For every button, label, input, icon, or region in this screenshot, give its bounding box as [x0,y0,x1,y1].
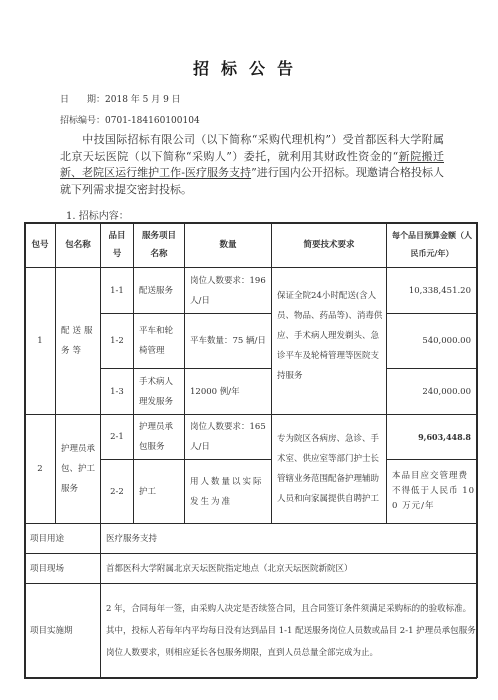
header-item-no: 品目号 [108,223,126,267]
tender-number-value: 0701-184160100104 [105,116,200,126]
page-title: 招标公告 [0,56,498,79]
date-value: 2018 年 5 月 9 日 [105,95,181,105]
quantity: 岗位人数要求：165 人/日 [185,415,271,459]
budget: 240,000.00 [387,369,476,414]
row-label-site: 项目现场 [25,554,100,583]
service-name: 手术病人理发服务 [134,369,180,414]
table-border-bottom [24,677,477,679]
row-value-purpose: 医疗服务支持 [101,524,476,553]
header-quantity: 数量 [185,223,271,267]
section-heading: 1. 招标内容： [66,207,129,222]
service-name: 配送服务 [134,268,184,313]
row-label-purpose: 项目用途 [25,524,100,553]
tender-number-label: 招标编号： [60,116,105,126]
date-line: 日 期：2018 年 5 月 9 日 [60,92,181,105]
date-label: 日 期： [60,95,105,105]
budget: 9,603,448.8 [387,415,476,459]
header-service-name: 服务项目名称 [138,223,180,267]
budget: 540,000.00 [387,314,476,368]
tech-req: 专为院区各病房、急诊、手术室、供应室等部门护士长管辖业务范围配备护理辅助人员和向… [272,415,386,523]
item-no: 2-1 [101,415,133,459]
service-name: 护工 [134,460,184,523]
quantity: 用人数量以实际发生为准 [185,460,271,523]
item-no: 1-3 [101,369,133,414]
quantity: 平车数量：75 辆/日 [185,314,269,368]
pkg-name: 护理员承包、护工服务 [56,415,96,523]
pkg-no: 2 [25,415,55,523]
table-border-right [476,222,478,678]
budget: 本品目应交管理费不得低于人民币 100 万元/年 [387,460,476,523]
pkg-name: 配送服务等 [56,268,96,414]
pkg-no: 1 [25,268,55,414]
budget: 10,338,451.20 [387,268,476,313]
row-label-period: 项目实施期 [25,584,100,677]
header-tech-req: 简要技术要求 [272,223,386,267]
tender-number-line: 招标编号：0701-184160100104 [60,113,200,126]
quantity: 岗位人数要求：196 人/日 [185,268,271,313]
row-value-period: 2 年，合同每年一签，由采购人决定是否续签合同，且合同签订条件须满足采购标的的验… [101,584,476,677]
header-pkg-name: 包名称 [56,223,100,267]
row-value-site: 首都医科大学附属北京天坛医院指定地点（北京天坛医院新院区） [101,554,476,583]
item-no: 1-1 [101,268,133,313]
quantity: 12000 例/年 [185,369,271,414]
intro-text-1: 中技国际招标有限公司（以下简称“采购代理机构”）受首都医科大学附属北京天坛医院（… [60,133,444,163]
header-budget: 每个品目预算金额（人民币元/年） [390,223,474,267]
item-no: 2-2 [101,460,133,523]
item-no: 1-2 [101,314,133,368]
tech-req: 保证全院24小时配送(含人员、物品、药品等)、消毒供应、手术病人理发剃头、急诊平… [272,268,386,414]
service-name: 护理员承包服务 [134,415,180,459]
intro-paragraph: 中技国际招标有限公司（以下简称“采购代理机构”）受首都医科大学附属北京天坛医院（… [60,132,444,198]
service-name: 平车和轮椅管理 [134,314,180,368]
header-pkg-no: 包号 [25,223,55,267]
